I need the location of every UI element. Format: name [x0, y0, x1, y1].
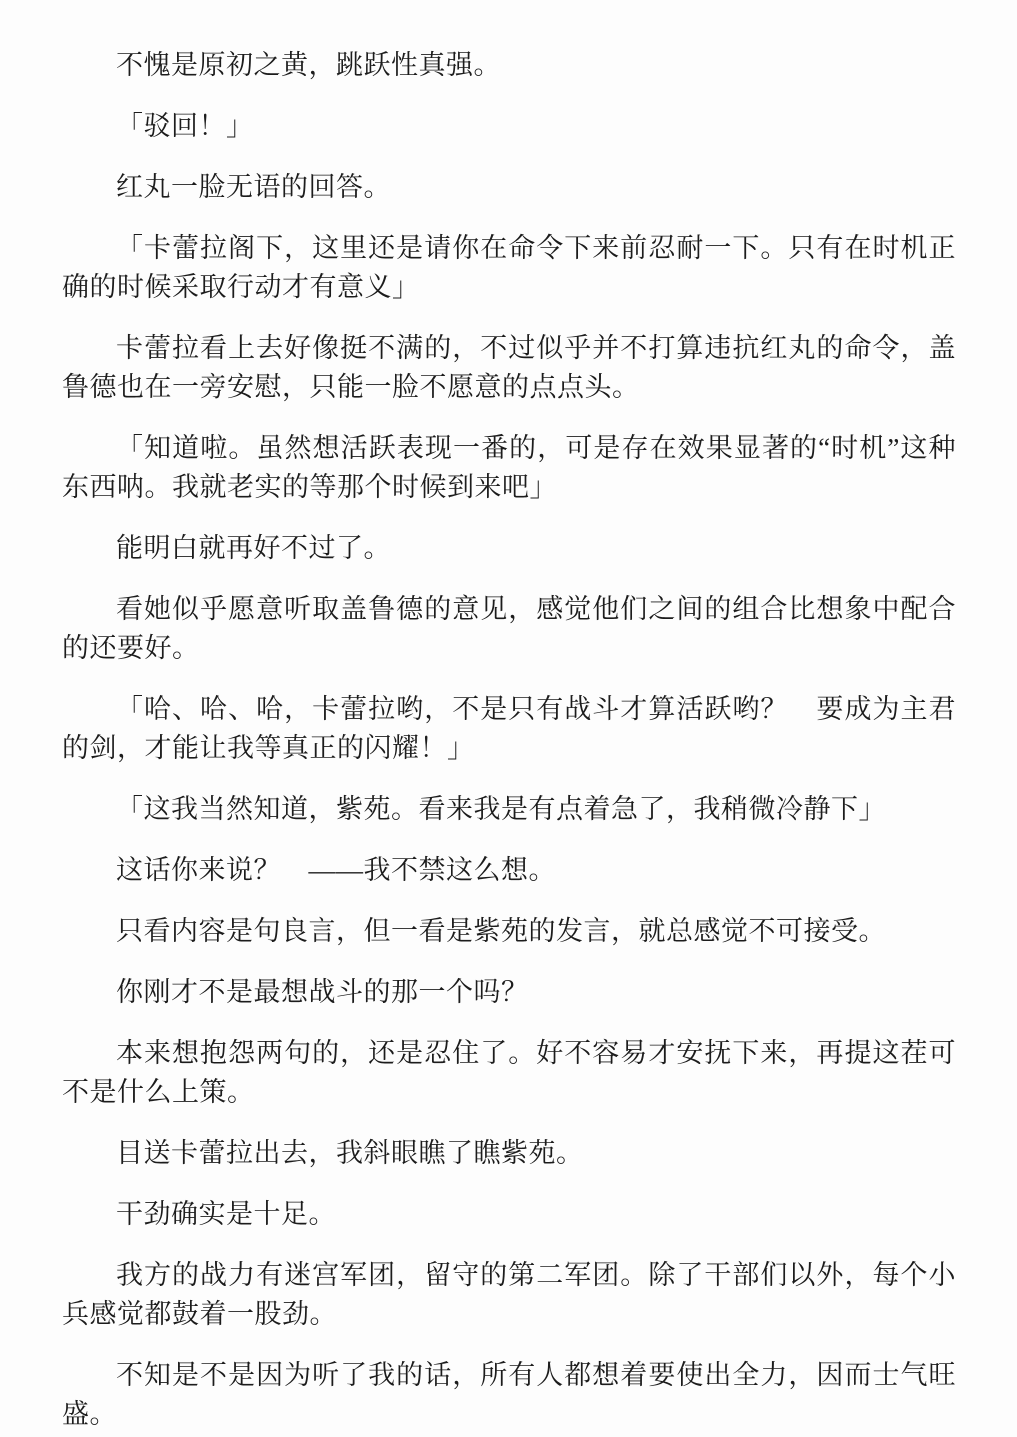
paragraph: 「哈、哈、哈，卡蕾拉哟，不是只有战斗才算活跃哟？ 要成为主君的剑，才能让我等真正… [62, 690, 956, 768]
paragraph: 干劲确实是十足。 [62, 1195, 956, 1234]
paragraph: 这话你来说？ ——我不禁这么想。 [62, 851, 956, 890]
paragraph: 目送卡蕾拉出去，我斜眼瞧了瞧紫苑。 [62, 1134, 956, 1173]
paragraph: 「驳回！」 [62, 107, 956, 146]
paragraph: 红丸一脸无语的回答。 [62, 168, 956, 207]
paragraph: 「知道啦。虽然想活跃表现一番的，可是存在效果显著的“时机”这种东西呐。我就老实的… [62, 429, 956, 507]
paragraph: 「卡蕾拉阁下，这里还是请你在命令下来前忍耐一下。只有在时机正确的时候采取行动才有… [62, 229, 956, 307]
paragraph: 不知是不是因为听了我的话，所有人都想着要使出全力，因而士气旺盛。 [62, 1356, 956, 1434]
paragraph: 「这我当然知道，紫苑。看来我是有点着急了，我稍微冷静下」 [62, 790, 956, 829]
paragraph: 卡蕾拉看上去好像挺不满的，不过似乎并不打算违抗红丸的命令，盖鲁德也在一旁安慰，只… [62, 329, 956, 407]
paragraph: 看她似乎愿意听取盖鲁德的意见，感觉他们之间的组合比想象中配合的还要好。 [62, 590, 956, 668]
paragraph: 只看内容是句良言，但一看是紫苑的发言，就总感觉不可接受。 [62, 912, 956, 951]
paragraph: 本来想抱怨两句的，还是忍住了。好不容易才安抚下来，再提这茬可不是什么上策。 [62, 1034, 956, 1112]
paragraph: 我方的战力有迷宫军团，留守的第二军团。除了干部们以外，每个小兵感觉都鼓着一股劲。 [62, 1256, 956, 1334]
paragraph: 不愧是原初之黄，跳跃性真强。 [62, 46, 956, 85]
document-page: 不愧是原初之黄，跳跃性真强。 「驳回！」 红丸一脸无语的回答。 「卡蕾拉阁下，这… [0, 0, 1017, 1437]
paragraph: 你刚才不是最想战斗的那一个吗？ [62, 973, 956, 1012]
paragraph: 能明白就再好不过了。 [62, 529, 956, 568]
